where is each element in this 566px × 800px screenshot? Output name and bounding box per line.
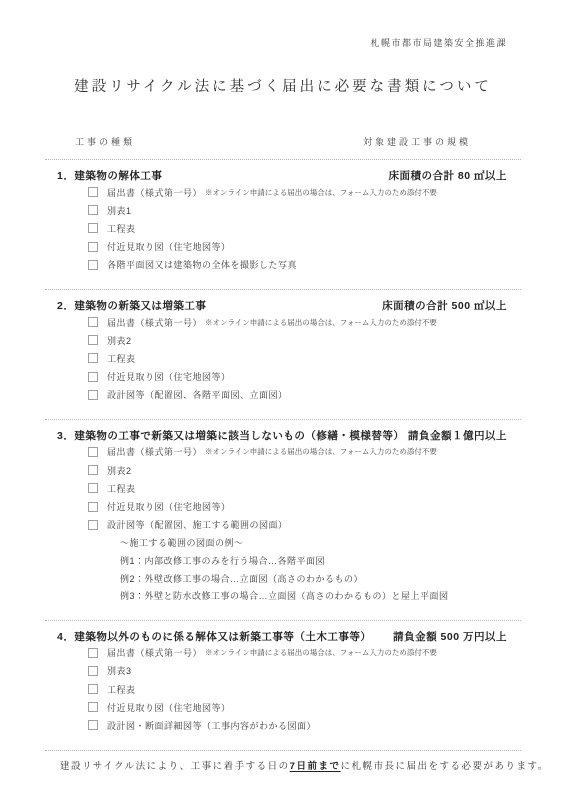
checklist-item: 別表1 bbox=[45, 201, 521, 219]
section-heading-row: 2．建築物の新築又は増築工事 床面積の合計 500 ㎡以上 bbox=[45, 300, 521, 313]
section-heading: 2．建築物の新築又は増築工事 bbox=[57, 300, 206, 313]
checklist-item: 設計図等（配置図、施工する範囲の図面） bbox=[45, 516, 521, 534]
checkbox-icon bbox=[88, 390, 98, 400]
checklist-item: 設計図等（配置図、各階平面図、立面図） bbox=[45, 386, 521, 404]
section-demolition-work: 1．建築物の解体工事 床面積の合計 80 ㎡以上 届出書（様式第一号） ※オンラ… bbox=[45, 170, 521, 278]
document-body: 工事の種類 対象建設工事の規模 1．建築物の解体工事 床面積の合計 80 ㎡以上… bbox=[45, 137, 521, 751]
dotted-separator bbox=[45, 289, 521, 290]
checklist-item: 付近見取り図（住宅地図等） bbox=[45, 238, 521, 256]
item-label: 工程表 bbox=[107, 222, 136, 235]
section-scale: 床面積の合計 80 ㎡以上 bbox=[388, 170, 507, 183]
item-label: 別表2 bbox=[107, 334, 132, 347]
checkbox-icon bbox=[88, 447, 98, 457]
checkbox-icon bbox=[88, 353, 98, 363]
checkbox-icon bbox=[88, 187, 98, 197]
checkbox-icon bbox=[88, 666, 98, 676]
item-label: 工程表 bbox=[107, 683, 136, 696]
checkbox-icon bbox=[88, 465, 98, 475]
column-header-work-type: 工事の種類 bbox=[75, 137, 135, 148]
item-label: 付近見取り図（住宅地図等） bbox=[107, 701, 231, 714]
checkbox-icon bbox=[88, 242, 98, 252]
item-note: ※オンライン申請による届出の場合は、フォーム入力のため添付不要 bbox=[205, 317, 437, 328]
section-scale: 請負金額 500 万円以上 bbox=[393, 631, 507, 644]
checkbox-icon bbox=[88, 702, 98, 712]
checkbox-icon bbox=[88, 483, 98, 493]
section-heading: 3．建築物の工事で新築又は増築に該当しないもの（修繕・模様替等） bbox=[57, 430, 404, 443]
item-label: 別表1 bbox=[107, 204, 132, 217]
footer-deadline: 7日前まで bbox=[290, 761, 341, 772]
checkbox-icon bbox=[88, 260, 98, 270]
item-label: 届出書（様式第一号） bbox=[107, 316, 202, 329]
item-note: ※オンライン申請による届出の場合は、フォーム入力のため添付不要 bbox=[205, 187, 437, 198]
item-label: 設計図等（配置図、各階平面図、立面図） bbox=[107, 388, 288, 401]
item-label: 届出書（様式第一号） bbox=[107, 646, 202, 659]
section-repair-remodel-work: 3．建築物の工事で新築又は増築に該当しないもの（修繕・模様替等） 請負金額１億円… bbox=[45, 430, 521, 609]
item-label: 付近見取り図（住宅地図等） bbox=[107, 240, 231, 253]
item-label: 設計図等（配置図、施工する範囲の図面） bbox=[107, 518, 288, 531]
item-label: 付近見取り図（住宅地図等） bbox=[107, 370, 231, 383]
checklist-item: 届出書（様式第一号） ※オンライン申請による届出の場合は、フォーム入力のため添付… bbox=[45, 443, 521, 461]
item-label: 別表2 bbox=[107, 464, 132, 477]
column-headers: 工事の種類 対象建設工事の規模 bbox=[45, 137, 521, 148]
checkbox-icon bbox=[88, 223, 98, 233]
item-label: 届出書（様式第一号） bbox=[107, 186, 202, 199]
item-note: ※オンライン申請による届出の場合は、フォーム入力のため添付不要 bbox=[205, 446, 437, 457]
item-label: 工程表 bbox=[107, 352, 136, 365]
footer-text-prefix: 建設リサイクル法により、工事に着手する日の bbox=[60, 761, 290, 772]
checklist-item: 別表2 bbox=[45, 461, 521, 479]
section-heading-row: 4．建築物以外のものに係る解体又は新築工事等（土木工事等） 請負金額 500 万… bbox=[45, 631, 521, 644]
checklist-item: 各階平面図又は建築物の全体を撮影した写真 bbox=[45, 256, 521, 274]
examples-title: ～施工する範囲の図面の例～ bbox=[45, 534, 521, 552]
checkbox-icon bbox=[88, 335, 98, 345]
example-line-3: 例3：外壁と防水改修工事の場合…立面図（高さのわかるもの）と屋上平面図 bbox=[45, 587, 521, 605]
checklist-item: 付近見取り図（住宅地図等） bbox=[45, 698, 521, 716]
checklist-item: 工程表 bbox=[45, 479, 521, 497]
section-scale: 床面積の合計 500 ㎡以上 bbox=[382, 300, 507, 313]
footer-text-suffix: に札幌市長に届出をする必要があります。 bbox=[340, 761, 548, 772]
dotted-separator bbox=[45, 750, 521, 751]
section-new-construction-work: 2．建築物の新築又は増築工事 床面積の合計 500 ㎡以上 届出書（様式第一号）… bbox=[45, 300, 521, 408]
checkbox-icon bbox=[88, 502, 98, 512]
section-heading-row: 3．建築物の工事で新築又は増築に該当しないもの（修繕・模様替等） 請負金額１億円… bbox=[45, 430, 521, 443]
dotted-separator bbox=[45, 620, 521, 621]
column-header-scale: 対象建設工事の規模 bbox=[363, 137, 471, 148]
checkbox-icon bbox=[88, 372, 98, 382]
checkbox-icon bbox=[88, 317, 98, 327]
checklist-item: 付近見取り図（住宅地図等） bbox=[45, 497, 521, 515]
checkbox-icon bbox=[88, 648, 98, 658]
checklist-item: 届出書（様式第一号） ※オンライン申請による届出の場合は、フォーム入力のため添付… bbox=[45, 313, 521, 331]
document-page: 札幌市都市局建築安全推進課 建設リサイクル法に基づく届出に必要な書類について 工… bbox=[0, 0, 566, 800]
dotted-separator bbox=[45, 159, 521, 160]
item-note: ※オンライン申請による届出の場合は、フォーム入力のため添付不要 bbox=[205, 647, 437, 658]
checklist-item: 工程表 bbox=[45, 680, 521, 698]
item-label: 届出書（様式第一号） bbox=[107, 445, 202, 458]
item-label: 付近見取り図（住宅地図等） bbox=[107, 500, 231, 513]
checkbox-icon bbox=[88, 684, 98, 694]
checklist-item: 別表3 bbox=[45, 662, 521, 680]
section-scale: 請負金額１億円以上 bbox=[408, 430, 507, 443]
department-name: 札幌市都市局建築安全推進課 bbox=[0, 0, 566, 49]
page-title: 建設リサイクル法に基づく届出に必要な書類について bbox=[0, 77, 566, 97]
section-heading-row: 1．建築物の解体工事 床面積の合計 80 ㎡以上 bbox=[45, 170, 521, 183]
section-heading: 4．建築物以外のものに係る解体又は新築工事等（土木工事等） bbox=[57, 631, 371, 644]
checklist-item: 工程表 bbox=[45, 219, 521, 237]
footer-note: 建設リサイクル法により、工事に着手する日の7日前までに札幌市長に届出をする必要が… bbox=[45, 760, 521, 773]
item-label: 工程表 bbox=[107, 482, 136, 495]
item-label: 各階平面図又は建築物の全体を撮影した写真 bbox=[107, 258, 297, 271]
checklist-item: 工程表 bbox=[45, 349, 521, 367]
section-civil-engineering-work: 4．建築物以外のものに係る解体又は新築工事等（土木工事等） 請負金額 500 万… bbox=[45, 631, 521, 739]
checklist-item: 届出書（様式第一号） ※オンライン申請による届出の場合は、フォーム入力のため添付… bbox=[45, 183, 521, 201]
section-heading: 1．建築物の解体工事 bbox=[57, 170, 162, 183]
example-line-1: 例1：内部改修工事のみを行う場合…各階平面図 bbox=[45, 552, 521, 570]
checklist-item: 別表2 bbox=[45, 331, 521, 349]
dotted-separator bbox=[45, 419, 521, 420]
checklist-item: 付近見取り図（住宅地図等） bbox=[45, 368, 521, 386]
checkbox-icon bbox=[88, 520, 98, 530]
checklist-item: 設計図・断面詳細図等（工事内容がわかる図面） bbox=[45, 716, 521, 734]
item-label: 別表3 bbox=[107, 664, 132, 677]
item-label: 設計図・断面詳細図等（工事内容がわかる図面） bbox=[107, 719, 316, 732]
checkbox-icon bbox=[88, 205, 98, 215]
checklist-item: 届出書（様式第一号） ※オンライン申請による届出の場合は、フォーム入力のため添付… bbox=[45, 644, 521, 662]
example-line-2: 例2：外壁改修工事の場合…立面図（高さのわかるもの） bbox=[45, 569, 521, 587]
checkbox-icon bbox=[88, 720, 98, 730]
